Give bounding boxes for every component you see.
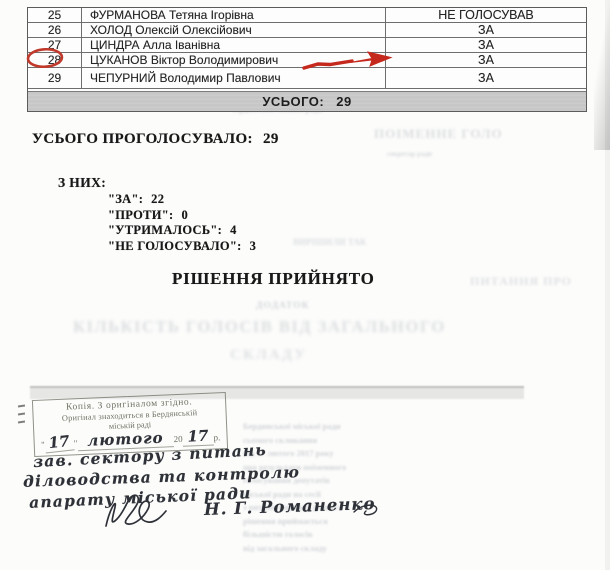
table-row: 29 ЧЕПУРНИЙ Володимир Павлович ЗА <box>28 68 586 89</box>
row-number: 28 <box>28 53 82 67</box>
total-voted-value: 29 <box>263 131 279 147</box>
row-number: 29 <box>28 68 82 88</box>
vote-value: ЗА <box>386 23 586 37</box>
deputy-name: ХОЛОД Олексій Олексійович <box>82 23 386 37</box>
vote-table: 25 ФУРМАНОВА Тетяна Ігорівна НЕ ГОЛОСУВА… <box>27 7 587 112</box>
table-row: 26 ХОЛОД Олексій Олексійович ЗА <box>28 23 586 38</box>
breakdown-heading: З НИХ: <box>58 175 106 191</box>
row-number: 27 <box>28 38 82 52</box>
bleedthrough-text-column: Бердянської міської ради сьомого скликан… <box>243 420 433 555</box>
scanned-document-page: бердянської міської ради ПОІМЕННЕ ГОЛО с… <box>0 0 610 570</box>
vote-value: ЗА <box>386 53 586 67</box>
breakdown-item: "ЗА":22 <box>108 192 256 208</box>
deputy-name: ЦИНДРА Алла Іванівна <box>82 38 386 52</box>
table-row: 25 ФУРМАНОВА Тетяна Ігорівна НЕ ГОЛОСУВА… <box>28 8 586 23</box>
row-number: 26 <box>28 23 82 37</box>
bleedthrough-text: ПИТАННЯ ПРО <box>470 274 572 289</box>
vote-breakdown-list: "ЗА":22 "ПРОТИ":0 "УТРИМАЛОСЬ":4 "НЕ ГОЛ… <box>108 192 256 254</box>
bleedthrough-text: КІЛЬКІСТЬ ГОЛОСІВ ВІД ЗАГАЛЬНОГО <box>73 317 446 337</box>
row-number: 25 <box>28 8 82 22</box>
bleedthrough-text: СКЛАДУ <box>230 347 307 364</box>
table-total-row: УСЬОГО: 29 <box>28 91 586 111</box>
vote-value: НЕ ГОЛОСУВАВ <box>386 8 586 22</box>
table-row-highlighted: 28 ЦУКАНОВ Віктор Володимирович ЗА <box>28 53 586 68</box>
cutoff-stamp-marks <box>18 399 26 439</box>
total-label: УСЬОГО: <box>262 94 324 109</box>
deputy-name: ЧЕПУРНИЙ Володимир Павлович <box>82 68 386 88</box>
paper-edge <box>605 0 610 570</box>
deputy-name: ФУРМАНОВА Тетяна Ігорівна <box>82 8 386 22</box>
breakdown-item: "ПРОТИ":0 <box>108 208 256 224</box>
bleedthrough-text: ВИРІШИЛИ ТАК <box>293 237 366 247</box>
bleedthrough-text: ДОДАТОК <box>256 301 310 311</box>
breakdown-item: "УТРИМАЛОСЬ":4 <box>108 223 256 239</box>
bleedthrough-text: секретар ради <box>387 150 432 158</box>
decision-line: РІШЕННЯ ПРИЙНЯТО <box>172 269 375 289</box>
vote-value: ЗА <box>386 38 586 52</box>
bleedthrough-text: ПОІМЕННЕ ГОЛО <box>374 126 503 142</box>
table-row: 27 ЦИНДРА Алла Іванівна ЗА <box>28 38 586 53</box>
breakdown-item: "НЕ ГОЛОСУВАЛО":3 <box>108 239 256 255</box>
deputy-name: ЦУКАНОВ Віктор Володимирович <box>82 53 386 67</box>
vote-value: ЗА <box>386 68 586 88</box>
total-voted-line: УСЬОГО ПРОГОЛОСУВАЛО:29 <box>32 131 279 148</box>
total-voted-label: УСЬОГО ПРОГОЛОСУВАЛО: <box>32 131 253 147</box>
total-value: 29 <box>336 94 351 109</box>
